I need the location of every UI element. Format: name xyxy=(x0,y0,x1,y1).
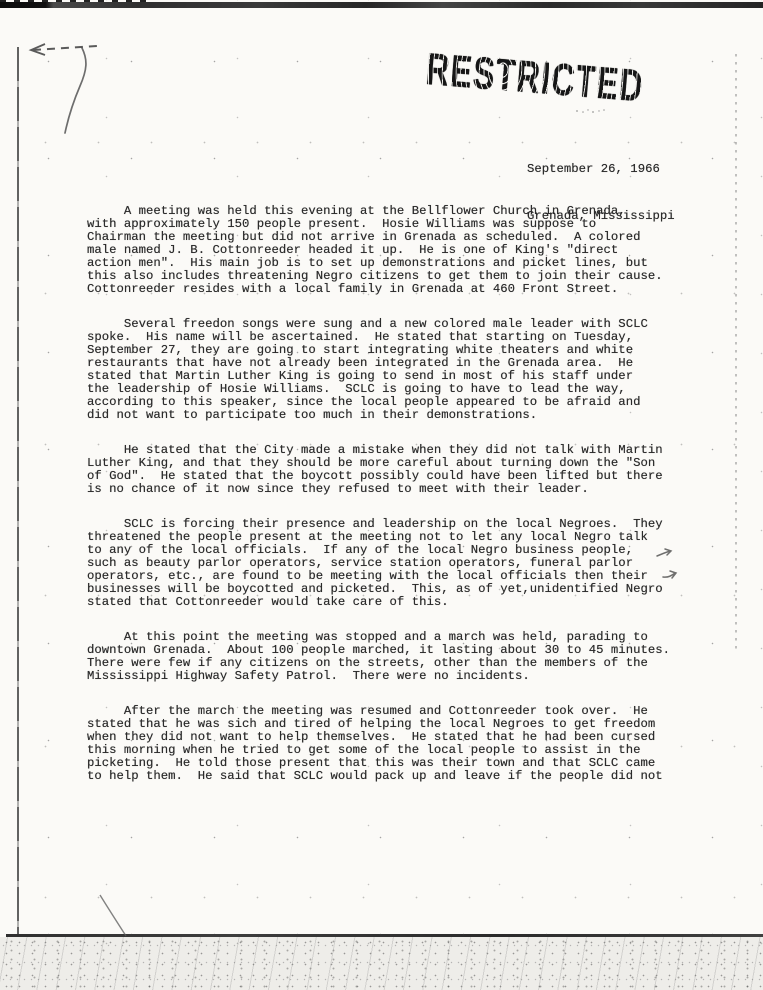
squiggle-mark-icon xyxy=(65,48,86,133)
document-body: A meeting was held this evening at the B… xyxy=(87,205,707,783)
scanned-document-page: RESTRICTED September 26, 1966 Grenada, M… xyxy=(0,0,763,990)
paragraph: At this point the meeting was stopped an… xyxy=(87,631,707,683)
scan-bottom-noise-strip xyxy=(0,937,763,990)
paragraph: SCLC is forcing their presence and leade… xyxy=(87,518,707,609)
scan-top-edge xyxy=(0,2,763,8)
restricted-stamp: RESTRICTED xyxy=(424,46,645,108)
paragraph: Several freedon songs were sung and a ne… xyxy=(87,318,707,422)
arrow-mark-icon xyxy=(31,44,97,55)
paragraph: After the march the meeting was resumed … xyxy=(87,705,707,783)
dateline-date: September 26, 1966 xyxy=(527,162,675,178)
scan-left-edge-line xyxy=(17,47,19,937)
scan-right-dotted-line xyxy=(735,54,737,654)
paragraph: A meeting was held this evening at the B… xyxy=(87,205,707,296)
diagonal-mark-icon xyxy=(100,895,126,936)
stamp-ink-dots xyxy=(576,109,605,113)
paragraph: He stated that the City made a mistake w… xyxy=(87,444,707,496)
